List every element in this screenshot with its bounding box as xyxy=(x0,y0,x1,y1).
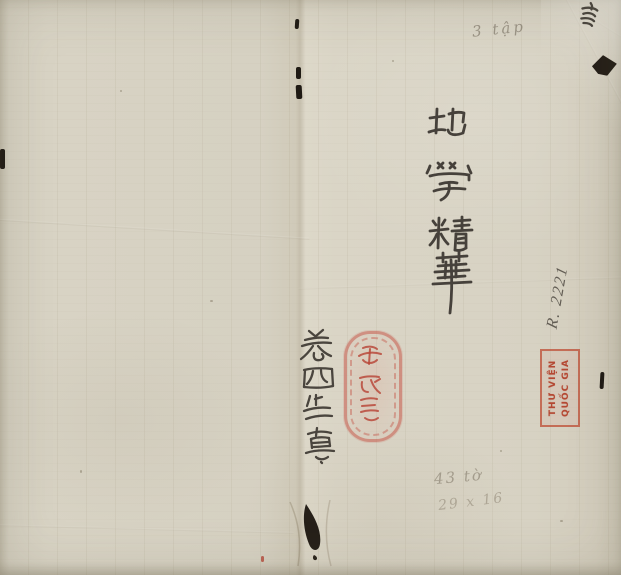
paper-speck xyxy=(80,470,82,473)
paper-speck xyxy=(500,450,502,452)
pencil-note-volumes: 3 tập xyxy=(471,17,526,41)
paper-tear xyxy=(284,500,344,570)
stitch-mark xyxy=(295,19,300,29)
pencil-note-dimensions: 29 x 16 xyxy=(437,490,505,514)
stamp-line-1: THƯ VIỆN xyxy=(548,360,559,416)
edge-mark xyxy=(0,149,5,169)
stitch-mark xyxy=(296,67,301,79)
pencil-note-leaves: 43 tờ xyxy=(433,466,483,488)
volume-char xyxy=(299,362,339,392)
title-char-1 xyxy=(427,102,473,142)
title-char-2 xyxy=(424,159,474,211)
volume-char xyxy=(300,393,340,425)
bookseller-seal xyxy=(344,331,402,442)
title-char-3 xyxy=(427,212,475,256)
corner-ink-mark xyxy=(574,0,604,33)
stamp-line-2: QUỐC GIA xyxy=(561,359,572,417)
paper-speck xyxy=(210,300,213,302)
paper-speck xyxy=(392,60,394,62)
paper-speck xyxy=(120,90,122,92)
manuscript-cover-scan: THƯ VIỆN QUỐC GIA R. 2221 3 tập 43 tờ 29… xyxy=(0,0,621,575)
crease-line xyxy=(0,218,310,240)
paper-texture xyxy=(0,0,621,575)
corner-hole xyxy=(591,53,619,77)
volume-char xyxy=(301,425,343,465)
crease-line xyxy=(0,524,294,534)
edge-mark xyxy=(600,372,605,389)
stitch-mark xyxy=(296,85,303,99)
shelfmark-handwriting: R. 2221 xyxy=(543,252,579,344)
volume-char xyxy=(297,327,341,363)
title-char-4 xyxy=(429,251,477,317)
paper-speck xyxy=(560,520,563,522)
library-stamp: THƯ VIỆN QUỐC GIA xyxy=(540,349,580,427)
red-speck xyxy=(261,556,264,562)
